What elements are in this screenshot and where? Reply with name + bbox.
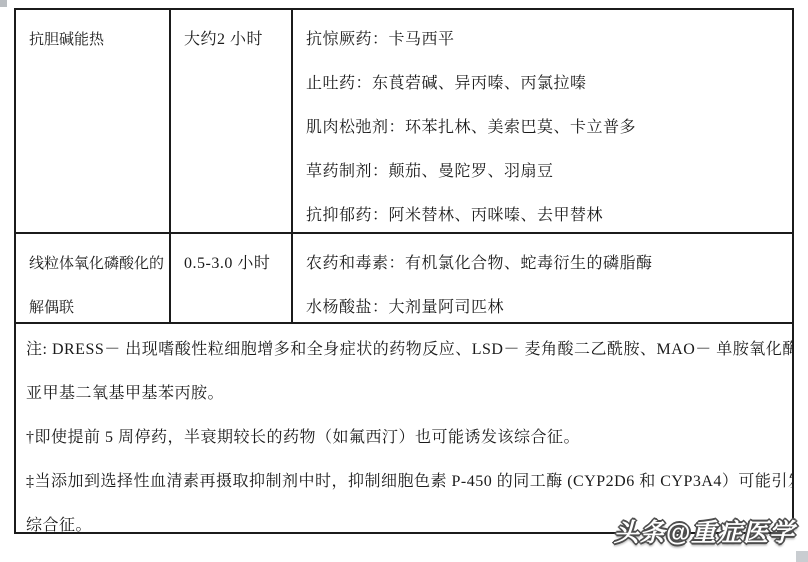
syndrome-name: 抗胆碱能热	[29, 18, 163, 62]
causes-cell-row1: 抗惊厥药：卡马西平 止吐药：东莨菪碱、异丙嗪、丙氯拉嗪 肌肉松弛剂：环苯扎林、美…	[293, 10, 792, 234]
syndrome-cell-row2: 线粒体氧化磷酸化的 解偶联	[16, 234, 171, 324]
cause-line: 止吐药：东莨菪碱、异丙嗪、丙氯拉嗪	[306, 62, 786, 106]
causes-cell-row2: 农药和毒素：有机氯化合物、蛇毒衍生的磷脂酶 水杨酸盐：大剂量阿司匹林	[293, 234, 792, 324]
duration-cell-row2: 0.5-3.0 小时	[171, 234, 293, 324]
syndrome-name: 解偶联	[29, 286, 163, 324]
corner-artifact-bottom-right	[796, 551, 808, 562]
document-page: 抗胆碱能热 大约2 小时 抗惊厥药：卡马西平 止吐药：东莨菪碱、异丙嗪、丙氯拉嗪…	[0, 0, 808, 562]
syndrome-cell-row1: 抗胆碱能热	[16, 10, 171, 234]
cause-line: 农药和毒素：有机氯化合物、蛇毒衍生的磷脂酶	[306, 242, 786, 286]
corner-artifact-top-left	[0, 0, 7, 7]
footnotes-cell: 注: DRESS－ 出现嗜酸性粒细胞增多和全身症状的药物反应、LSD－ 麦角酸二…	[16, 324, 792, 532]
hyperthermia-drug-table: 抗胆碱能热 大约2 小时 抗惊厥药：卡马西平 止吐药：东莨菪碱、异丙嗪、丙氯拉嗪…	[14, 8, 794, 534]
toutiao-watermark: 头条@重症医学	[614, 513, 795, 549]
footnote-line: ‡当添加到选择性血清素再摄取抑制剂中时，抑制细胞色素 P-450 的同工酶 (C…	[26, 460, 788, 504]
footnote-line: 注: DRESS－ 出现嗜酸性粒细胞增多和全身症状的药物反应、LSD－ 麦角酸二…	[26, 328, 788, 372]
duration-cell-row1: 大约2 小时	[171, 10, 293, 234]
cause-line: 抗抑郁药：阿米替林、丙咪嗪、去甲替林	[306, 194, 786, 234]
cause-line: 水杨酸盐：大剂量阿司匹林	[306, 286, 786, 324]
duration-value: 0.5-3.0 小时	[184, 242, 285, 286]
cause-line: 草药制剂：颠茄、曼陀罗、羽扇豆	[306, 150, 786, 194]
syndrome-name: 线粒体氧化磷酸化的	[29, 242, 163, 286]
cause-line: 抗惊厥药：卡马西平	[306, 18, 786, 62]
footnote-line: 亚甲基二氧基甲基苯丙胺。	[26, 372, 788, 416]
duration-value: 大约2 小时	[184, 18, 285, 62]
cause-line: 肌肉松弛剂：环苯扎林、美索巴莫、卡立普多	[306, 106, 786, 150]
footnote-line: †即使提前 5 周停药，半衰期较长的药物（如氟西汀）也可能诱发该综合征。	[26, 416, 788, 460]
